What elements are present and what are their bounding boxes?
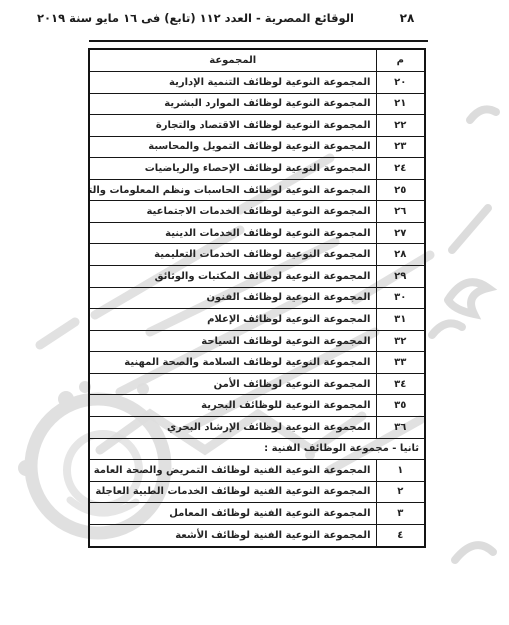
table-row: ٢٣ المجموعة النوعية لوظائف التمويل والمح… (89, 136, 425, 158)
row-label-cell: المجموعة النوعية لوظائف الإحصاء والرياضي… (89, 158, 376, 180)
row-label-cell: المجموعة النوعية لوظائف الإعلام (89, 309, 376, 331)
header-title: الوقائع المصرية - العدد ١١٢ (تابع) فى ١٦… (88, 11, 354, 25)
table-row: ٢ المجموعة النوعية الفنية لوظائف الخدمات… (89, 481, 425, 503)
row-num-cell: ٢٠ (376, 71, 425, 93)
row-num-cell: ٢ (376, 481, 425, 503)
row-num-cell: ٤ (376, 524, 425, 547)
row-label-cell: المجموعة النوعية الفنية لوظائف الخدمات ا… (89, 481, 376, 503)
row-num-cell: ٢٩ (376, 266, 425, 288)
table-row: ٢٥ المجموعة النوعية لوظائف الحاسبات ونظم… (89, 179, 425, 201)
row-label-cell: المجموعة النوعية لوظائف الخدمات التعليمي… (89, 244, 376, 266)
row-label-cell: المجموعة النوعية لوظائف السلامة والصحة ا… (89, 352, 376, 374)
page-number: ٢٨ (392, 11, 422, 25)
table-row: ٣٣ المجموعة النوعية لوظائف السلامة والصح… (89, 352, 425, 374)
row-label-cell: المجموعة النوعية لوظائف الحاسبات ونظم ال… (89, 179, 376, 201)
row-num-cell: ٣١ (376, 309, 425, 331)
row-num-cell: ٣٠ (376, 287, 425, 309)
row-label-cell: المجموعة النوعية لوظائف الفنون (89, 287, 376, 309)
column-header-num: م (376, 49, 425, 71)
table-row: ٤ المجموعة النوعية الفنية لوظائف الأشعة (89, 524, 425, 547)
row-label-cell: المجموعة النوعية لوظائف الموارد البشرية (89, 93, 376, 115)
row-label-cell: المجموعة النوعية لوظائف التمويل والمحاسب… (89, 136, 376, 158)
row-label-cell: المجموعة النوعية لوظائف المكتبات والوثائ… (89, 266, 376, 288)
table-row: ٢٨ المجموعة النوعية لوظائف الخدمات التعل… (89, 244, 425, 266)
row-num-cell: ٢٣ (376, 136, 425, 158)
table-row: ٣٦ المجموعة النوعية لوظائف الإرشاد البحر… (89, 416, 425, 438)
row-num-cell: ٣ (376, 503, 425, 525)
table-row: ٣ المجموعة النوعية الفنية لوظائف المعامل (89, 503, 425, 525)
column-header-group: المجموعة (89, 49, 376, 71)
row-label-cell: المجموعة النوعية لوظائف التنمية الإدارية (89, 71, 376, 93)
table-row: ١ المجموعة النوعية الفنية لوظائف التمريض… (89, 460, 425, 482)
table-row: ٢٤ المجموعة النوعية لوظائف الإحصاء والري… (89, 158, 425, 180)
table-row: ٣٥ المجموعة النوعية للوظائف البحرية (89, 395, 425, 417)
job-groups-table: م المجموعة ٢٠ المجموعة النوعية لوظائف ال… (88, 48, 426, 548)
header-rule (89, 40, 428, 42)
row-num-cell: ٣٦ (376, 416, 425, 438)
row-label-cell: المجموعة النوعية لوظائف الاقتصاد والتجار… (89, 115, 376, 137)
row-label-cell: المجموعة النوعية لوظائف الخدمات الاجتماع… (89, 201, 376, 223)
row-num-cell: ٢٨ (376, 244, 425, 266)
row-num-cell: ٢١ (376, 93, 425, 115)
row-label-cell: المجموعة النوعية الفنية لوظائف الأشعة (89, 524, 376, 547)
table-row: ٢٦ المجموعة النوعية لوظائف الخدمات الاجت… (89, 201, 425, 223)
table-row: ٢١ المجموعة النوعية لوظائف الموارد البشر… (89, 93, 425, 115)
table-row: ٢٩ المجموعة النوعية لوظائف المكتبات والو… (89, 266, 425, 288)
row-label-cell: المجموعة النوعية للوظائف البحرية (89, 395, 376, 417)
row-num-cell: ٣٢ (376, 330, 425, 352)
row-label-cell: المجموعة النوعية لوظائف الإرشاد البحري (89, 416, 376, 438)
row-label-cell: المجموعة النوعية الفنية لوظائف المعامل (89, 503, 376, 525)
section-header-row: ثانيا - مجموعة الوظائف الفنية : (89, 438, 425, 460)
row-num-cell: ٣٣ (376, 352, 425, 374)
table-row: ٣١ المجموعة النوعية لوظائف الإعلام (89, 309, 425, 331)
table-row: ٣٠ المجموعة النوعية لوظائف الفنون (89, 287, 425, 309)
table-row: ٣٤ المجموعة النوعية لوظائف الأمن (89, 373, 425, 395)
table-header-row: م المجموعة (89, 49, 425, 71)
row-label-cell: المجموعة النوعية لوظائف الخدمات الدينية (89, 222, 376, 244)
row-num-cell: ٣٤ (376, 373, 425, 395)
table-row: ٢٢ المجموعة النوعية لوظائف الاقتصاد والت… (89, 115, 425, 137)
row-num-cell: ٢٦ (376, 201, 425, 223)
row-label-cell: المجموعة النوعية لوظائف الأمن (89, 373, 376, 395)
gazette-page: الوقائع المصرية - العدد ١١٢ (تابع) فى ١٦… (0, 0, 509, 625)
row-num-cell: ٣٥ (376, 395, 425, 417)
table-row: ٣٢ المجموعة النوعية لوظائف السياحة (89, 330, 425, 352)
row-num-cell: ١ (376, 460, 425, 482)
row-label-cell: المجموعة النوعية الفنية لوظائف التمريض و… (89, 460, 376, 482)
section-title: ثانيا - مجموعة الوظائف الفنية : (89, 438, 425, 460)
row-label-cell: المجموعة النوعية لوظائف السياحة (89, 330, 376, 352)
table-row: ٢٠ المجموعة النوعية لوظائف التنمية الإدا… (89, 71, 425, 93)
row-num-cell: ٢٢ (376, 115, 425, 137)
row-num-cell: ٢٥ (376, 179, 425, 201)
row-num-cell: ٢٧ (376, 222, 425, 244)
table-row: ٢٧ المجموعة النوعية لوظائف الخدمات الدين… (89, 222, 425, 244)
row-num-cell: ٢٤ (376, 158, 425, 180)
